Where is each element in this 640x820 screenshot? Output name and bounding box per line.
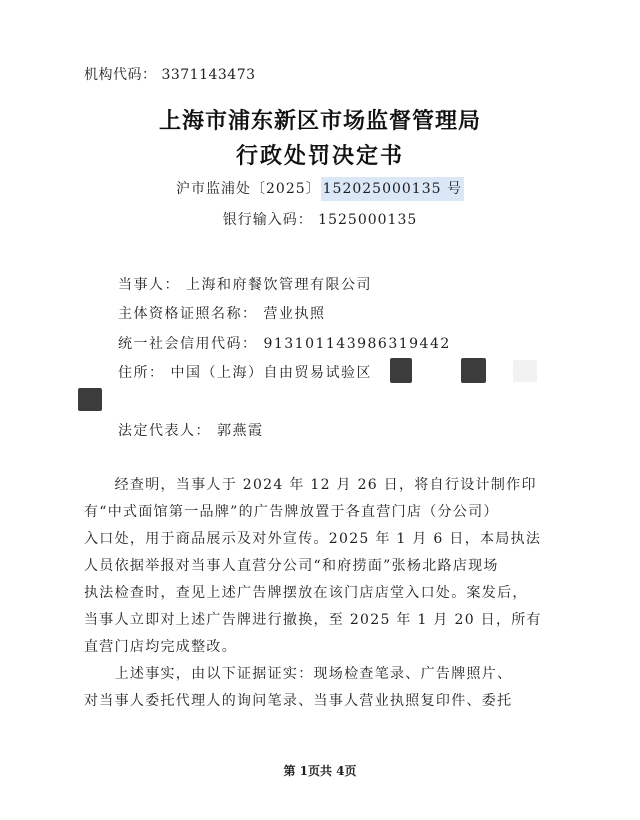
bank-code: 银行输入码： 1525000135 <box>0 209 640 229</box>
text-line: 经查明，当事人于 2024 年 12 月 26 日，将自行设计制作印 <box>84 472 576 499</box>
legal-representative: 法定代表人： 郭燕霞 <box>118 420 263 440</box>
redaction-block <box>390 358 412 383</box>
address: 住所： 中国（上海）自由贸易试验区 <box>118 362 372 382</box>
org-code: 机构代码： 3371143473 <box>84 64 256 84</box>
text-line: 入口处，用于商品展示及对外宣传。2025 年 1 月 6 日，本局执法 <box>84 526 576 553</box>
document-number: 沪市监浦处〔2025〕152025000135 号 <box>0 178 640 198</box>
text-line: 直营门店均完成整改。 <box>84 634 576 661</box>
license-name: 主体资格证照名称： 营业执照 <box>118 303 325 323</box>
text-line: 执法检查时，查见上述广告牌摆放在该门店店堂入口处。案发后， <box>84 580 576 607</box>
text-line: 人员依据举报对当事人直营分公司“和府捞面”张杨北路店现场 <box>84 553 576 580</box>
findings-paragraph: 经查明，当事人于 2024 年 12 月 26 日，将自行设计制作印 有“中式面… <box>84 472 576 715</box>
party-name: 当事人： 上海和府餐饮管理有限公司 <box>118 274 372 294</box>
redaction-block <box>513 360 537 382</box>
text-line: 上述事实，由以下证据证实：现场检查笔录、广告牌照片、 <box>84 661 576 688</box>
redaction-block <box>78 388 102 411</box>
document-title: 行政处罚决定书 <box>0 139 640 170</box>
text-line: 有“中式面馆第一品牌”的广告牌放置于各直营门店（分公司） <box>84 499 576 526</box>
credit-code: 统一社会信用代码： 913101143986319442 <box>118 333 451 353</box>
text-line: 对当事人委托代理人的询问笔录、当事人营业执照复印件、委托 <box>84 688 576 715</box>
page-indicator: 第 1页共 4页 <box>0 762 640 779</box>
document-number-prefix: 沪市监浦处〔2025〕 <box>176 181 321 197</box>
redaction-block <box>461 358 486 383</box>
document-number-highlighted[interactable]: 152025000135 号 <box>321 177 464 201</box>
text-line: 当事人立即对上述广告牌进行撤换，至 2025 年 1 月 20 日，所有 <box>84 607 576 634</box>
authority-title: 上海市浦东新区市场监督管理局 <box>0 104 640 135</box>
